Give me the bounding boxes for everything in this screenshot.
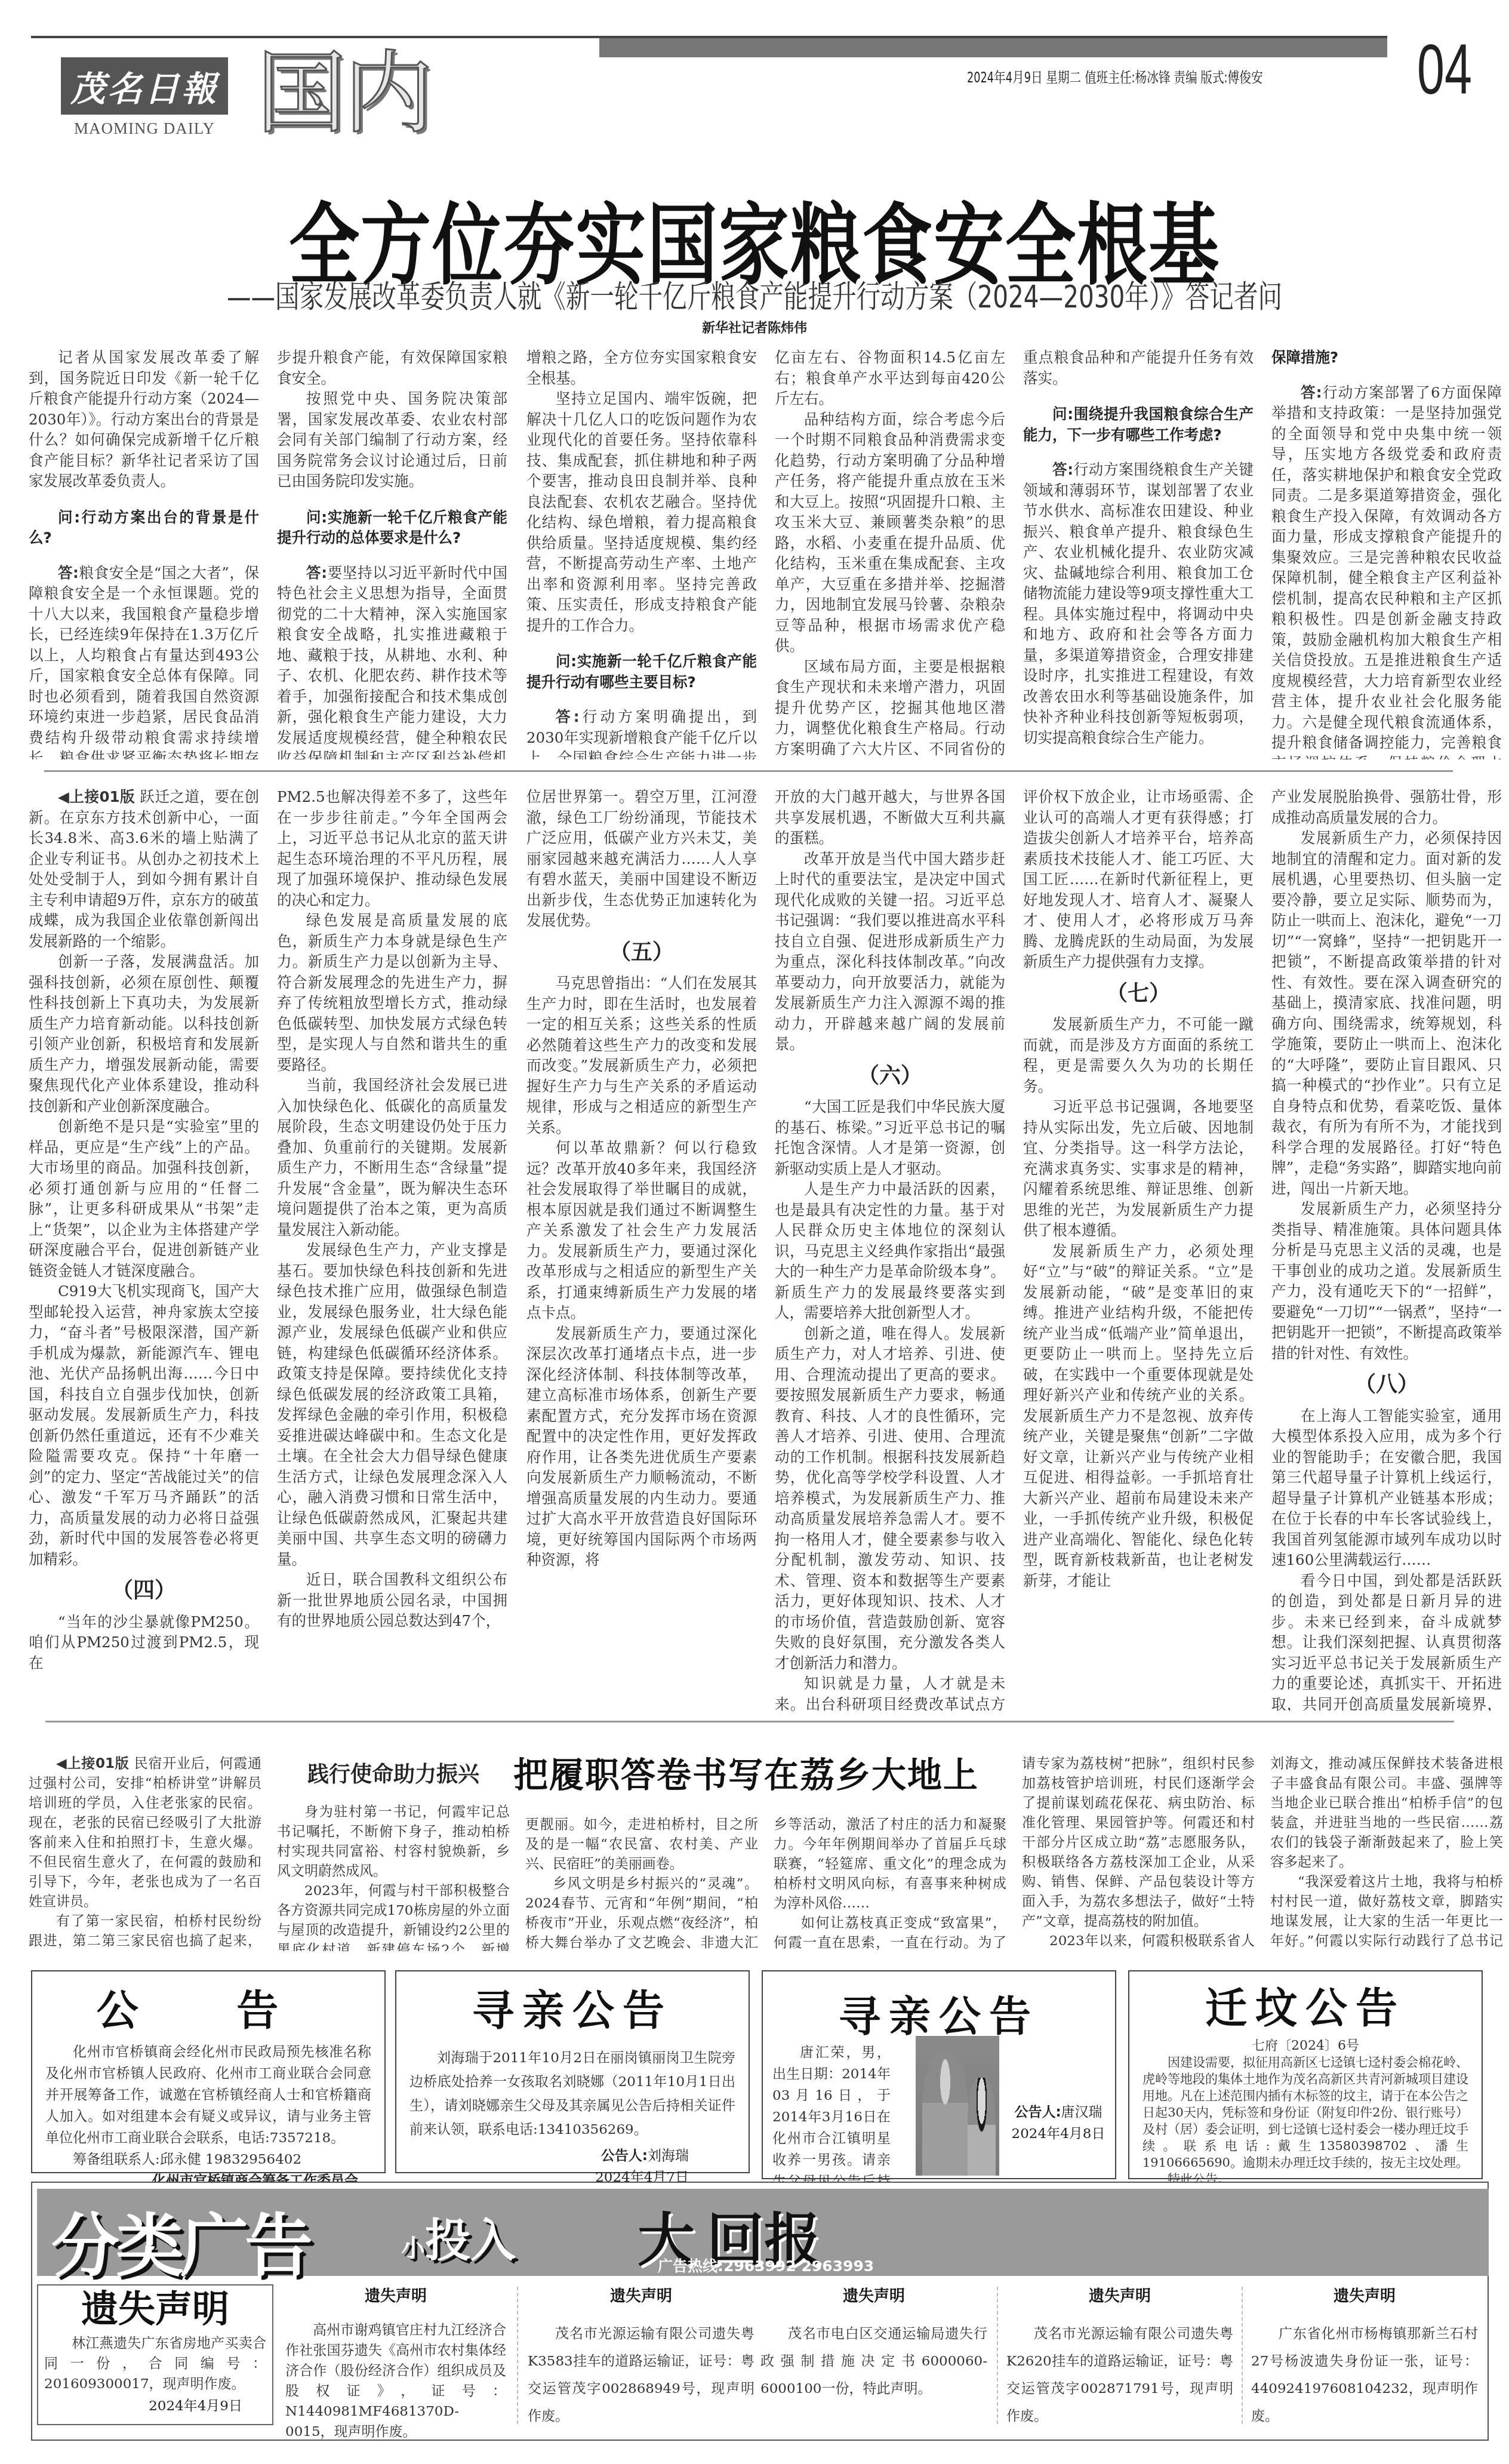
paragraph: 马克思曾指出：“人们在发展其生产力时，即在生活时，也发展着一定的相互关系；这些关… bbox=[526, 973, 757, 1138]
portrait-photo bbox=[916, 2036, 999, 2176]
lost-notice: 遗失声明茂名市光源运输有限公司遗失粤K2620挂车的道路运输证，证号：粤交运管茂… bbox=[1000, 2284, 1239, 2428]
newspaper-logo[interactable]: 茂名日報 bbox=[61, 57, 228, 115]
section-title: 国内 bbox=[257, 49, 431, 139]
paragraph: 近日，联合国教科文组织公布新一批世界地质公园名录，中国拥有的世界地质公园总数达到… bbox=[277, 1570, 507, 1632]
answer-paragraph: 答:粮食安全是“国之大者”，保障粮食安全是一个永恒课题。党的十八大以来，我国粮食… bbox=[29, 563, 259, 760]
article-column: 增粮之路，全方位夯实国家粮食安全根基。坚持立足国内、端牢饭碗，把解决十几亿人口的… bbox=[526, 347, 757, 759]
paragraph: 乡风文明是乡村振兴的“灵魂”。2024春节、元宵和“年例”期间，“柏桥夜市”开业… bbox=[525, 1874, 758, 1951]
answer-label: 答: bbox=[58, 564, 79, 582]
paragraph: 创新绝不是只是“实验室”里的样品，更应是“生产线”上的产品。大市场里的商品。加强… bbox=[29, 1116, 259, 1281]
paragraph: 何以革故鼎新？何以行稳致远？改革开放40多年来，我国经济社会发展取得了举世瞩目的… bbox=[526, 1138, 757, 1324]
paragraph: “大国工匠是我们中华民族大厦的基石、栋梁。”习近平总书记的嘱托饱含深情。人才是第… bbox=[775, 1097, 1005, 1179]
answer-label: 答: bbox=[1052, 461, 1073, 478]
paragraph: 绿色发展是高质量发展的底色，新质生产力本身就是绿色生产力。新质生产力是以创新为主… bbox=[277, 910, 507, 1075]
notice-title: 迁坟公告 bbox=[1129, 1975, 1482, 2035]
column-divider bbox=[997, 2287, 998, 2424]
section-divider bbox=[45, 1721, 1454, 1722]
paragraph: 改革开放是当代中国大踏步赶上时代的重要法宝，是决定中国式现代化成败的关键一招。习… bbox=[775, 849, 1005, 1055]
paragraph-text: 行动方案围绕粮食生产关键领域和薄弱环节，谋划部署了农业节水供水、高标准农田建设、… bbox=[1023, 461, 1254, 746]
paragraph: 坚持立足国内、端牢饭碗，把解决十几亿人口的吃饭问题作为农业现代化的首要任务。坚持… bbox=[526, 389, 757, 636]
banner-title: 分类广告 bbox=[51, 2191, 309, 2289]
notice-body: 刘海瑞于2011年10月2日在丽岗镇丽岗卫生院旁边桥底处拾养一女孩取名刘晓娜（2… bbox=[396, 2046, 749, 2142]
notice-announcement: 公 告 化州市官桥镇商会经化州市民政局预先核准名称及化州市官桥镇人民政府、化州市… bbox=[31, 1970, 386, 2173]
notice-grave-relocation: 迁坟公告 七府〔2024〕6号 因建设需要，拟征用高新区七迳镇七迳村委会棉花岭、… bbox=[1128, 1970, 1483, 2179]
paragraph: 如何让荔枝真正变成“致富果”，何霞一直在思索，一直在行动。为了保障荔枝稳量增产，… bbox=[774, 1914, 1006, 1951]
notice-title: 公 告 bbox=[32, 1977, 384, 2038]
paragraph: 乡等活动，激活了村庄的活力和凝聚力。今年年例期间举办了首届乒乓球联赛，“轻筵席、… bbox=[774, 1815, 1006, 1914]
paragraph: 增粮之路，全方位夯实国家粮食安全根基。 bbox=[526, 347, 757, 389]
paragraph: 发展绿色生产力，产业支撑是基石。要加快绿色科技创新和先进绿色技术推广应用，做强绿… bbox=[277, 1240, 507, 1570]
banner-slogan-small: 小投入 bbox=[401, 2204, 516, 2269]
article-column: 产业发展脱胎换骨、强筋壮骨，形成推动高质量发展的合力。发展新质生产力，必须保持因… bbox=[1271, 787, 1502, 1711]
paragraph: 2023年，何霞与村干部积极整合各方资源共同完成170栋房屋的外立面与屋顶的改造… bbox=[277, 1881, 510, 1951]
lost-notice: 遗失声明茂名市电白区交通运输局遗失行政强制措施决定书6000060-600010… bbox=[754, 2284, 993, 2428]
newspaper-logo-english: MAOMING DAILY bbox=[60, 119, 229, 138]
paragraph: “我深爱着这片土地，我将与柏桥村村民一道，做好荔枝文章，脚踏实地谋发展，让大家的… bbox=[1270, 1872, 1503, 1951]
article-column: 位居世界第一。碧空万里，江河澄澈，绿色工厂纷纷涌现，节能技术广泛应用，低碳产业方… bbox=[526, 787, 757, 1711]
paragraph: PM2.5也解决得差不多了，这些年在一步步往前走。”今年全国两会上，习近平总书记… bbox=[277, 787, 507, 910]
article-column: 步提升粮食产能，有效保障国家粮食安全。按照党中央、国务院决策部署，国家发展改革委… bbox=[277, 347, 507, 759]
paragraph: 亿亩左右、谷物面积14.5亿亩左右；粮食单产水平达到每亩420公斤左右。 bbox=[775, 347, 1005, 410]
question-heading: 问:实施新一轮千亿斤粮食产能提升行动有哪些主要目标? bbox=[526, 651, 757, 693]
paragraph: 发展新质生产力，必须处理好“立”与“破”的辩证关系。“立”是发展新动能，“破”是… bbox=[1023, 1241, 1254, 1592]
article-column: 更靓丽。如今，走进柏桥村，目之所及的是一幅“农民富、农村美、产业兴、民宿旺”的美… bbox=[525, 1815, 758, 1951]
paragraph-text: 民宿开业后，何霞通过强村公司，安排“柏桥讲堂”讲解员培训班的学员，入住老张家的民… bbox=[29, 1756, 261, 1909]
article-column: 刘海文，推动减压保鲜技术装备进根子丰盛食品有限公司。丰盛、强牌等当地企业已联合推… bbox=[1270, 1754, 1503, 1951]
paragraph: 品种结构方面，综合考虑今后一个时期不同粮食品种消费需求变化趋势，行动方案明确了分… bbox=[775, 410, 1005, 657]
notice-find-family-1: 寻亲公告 刘海瑞于2011年10月2日在丽岗镇丽岗卫生院旁边桥底处拾养一女孩取名… bbox=[395, 1970, 750, 2173]
lost-notice: 遗失声明高州市谢鸡镇官庄村九江经济合作社张国芬遗失《高州市农村集体经济合作（股份… bbox=[279, 2284, 512, 2428]
masthead-bar bbox=[599, 38, 1387, 57]
continued-from-label[interactable]: ◀上接01版 bbox=[56, 1756, 130, 1771]
page-number: 04 bbox=[1417, 35, 1472, 105]
paragraph: 2023年以来，何霞积极联系省人民法院驻新垌镇长流村第一书记 bbox=[1022, 1931, 1255, 1951]
paragraph: 开放的大门越开越大，与世界各国共享发展机遇，不断做大互利共赢的蛋糕。 bbox=[775, 787, 1005, 849]
continued-from-label[interactable]: ◀上接01版 bbox=[58, 788, 135, 805]
paragraph: 重点粮食品种和产能提升任务有效落实。 bbox=[1023, 347, 1254, 389]
subheading: 践行使命助力振兴 bbox=[277, 1765, 510, 1785]
section-marker: （七） bbox=[1023, 983, 1254, 1004]
notice-doc-number: 七府〔2024〕6号 bbox=[1129, 2035, 1482, 2054]
paragraph: 产业发展脱胎换骨、强筋壮骨，形成推动高质量发展的合力。 bbox=[1271, 787, 1502, 828]
column-divider bbox=[517, 2287, 518, 2424]
paragraph: 发展新质生产力，必须坚持分类指导、精准施策。具体问题具体分析是马克思主义活的灵魂… bbox=[1271, 1199, 1502, 1364]
question-heading: 问:行动方案出台的背景是什么? bbox=[29, 507, 259, 549]
paragraph: 创新之道，唯在得人。发展新质生产力，对人才培养、引进、使用、合理流动提出了更高的… bbox=[775, 1324, 1005, 1674]
article-column: 请专家为荔枝树“把脉”，组织村民参加荔枝管护培训班，村民们逐渐学会了提前谋划疏花… bbox=[1022, 1754, 1255, 1951]
question-heading: 保障措施? bbox=[1271, 347, 1502, 368]
paragraph: 刘海文，推动减压保鲜技术装备进根子丰盛食品有限公司。丰盛、强牌等当地企业已联合推… bbox=[1270, 1754, 1503, 1872]
lost-notice: 遗失声明茂名市光源运输有限公司遗失粤K3583挂车的道路运输证，证号：粤交运管茂… bbox=[522, 2284, 760, 2428]
paragraph: C919大飞机实现商飞，国产大型邮轮投入运营，神舟家族太空接力，“奋斗者”号极限… bbox=[29, 1281, 259, 1570]
article-column: 评价权下放企业，让市场亟需、企业认可的高端人才更有获得感；打造拔尖创新人才培养平… bbox=[1023, 787, 1254, 1711]
section-marker: （六） bbox=[775, 1066, 1005, 1087]
paragraph: 发展新质生产力，不可能一蹴而就，而是涉及方方面面的系统工程，更是需要久久为功的长… bbox=[1023, 1014, 1254, 1097]
article-column: 践行使命助力振兴身为驻村第一书记，何霞牢记总书记嘱托，不断俯下身子，推动柏桥村实… bbox=[277, 1754, 510, 1951]
article-column: 记者从国家发展改革委了解到，国务院近日印发《新一轮千亿斤粮食产能提升行动方案（2… bbox=[29, 347, 259, 759]
paragraph-text: 行动方案部署了6方面保障举措和支持政策：一是坚持加强党的全面领导和党中央集中统一… bbox=[1271, 384, 1502, 760]
paragraph: 身为驻村第一书记，何霞牢记总书记嘱托，不断俯下身子，推动柏桥村实现共同富裕、村容… bbox=[277, 1802, 510, 1881]
classified-banner: 分类广告 小投入 大回报 广告热线:2963992 2963993 bbox=[37, 2189, 1489, 2276]
lost-notice-featured: 遗失声明 林江燕遗失广东省房地产买卖合同一份，合同编号：201609300017… bbox=[37, 2284, 273, 2425]
notice-title: 寻亲公告 bbox=[763, 1983, 1115, 2044]
article-column: ◀上接01版 跃迁之道，要在创新。在京东方技术创新中心，一面长34.8米、高3.… bbox=[29, 787, 259, 1711]
section-marker: （八） bbox=[1271, 1374, 1502, 1395]
section-marker: （五） bbox=[526, 942, 757, 963]
paragraph: 知识就是力量，人才就是未来。出台科研项目经费改革试点方案，为科研人员“减负松绑”… bbox=[775, 1674, 1005, 1711]
paragraph: 发展新质生产力，必须保持因地制宜的清醒和定力。面对新的发展机遇，心里要热切、但头… bbox=[1271, 828, 1502, 1199]
answer-label: 答: bbox=[306, 564, 327, 582]
paragraph: 创新一子落，发展满盘活。加强科技创新，必须在原创性、颠覆性科技创新上下真功夫，为… bbox=[29, 952, 259, 1116]
answer-paragraph: 答:要坚持以习近平新时代中国特色社会主义思想为指导，全面贯彻党的二十大精神，深入… bbox=[277, 563, 507, 760]
article-column: PM2.5也解决得差不多了，这些年在一步步往前走。”今年全国两会上，习近平总书记… bbox=[277, 787, 507, 1711]
lost-notice-title: 遗失声明 bbox=[38, 2285, 272, 2333]
paragraph: 有了第一家民宿，柏桥村民纷纷跟进，第二第三家民宿也搞了起来，柏桥村正逐步变成一个… bbox=[29, 1912, 261, 1951]
edition-meta: 2024年4月9日 星期二 值班主任:杨冰锋 责编 版式:傅俊安 bbox=[967, 66, 1263, 87]
column-divider bbox=[1242, 2287, 1243, 2424]
answer-paragraph: 答:行动方案围绕粮食生产关键领域和薄弱环节，谋划部署了农业节水供水、高标准农田建… bbox=[1023, 460, 1254, 748]
notice-find-family-2: 寻亲公告 唐汇荣，男，出生日期：2014年03月16日，于2014年3月16日在… bbox=[762, 1970, 1116, 2179]
paragraph: 位居世界第一。碧空万里，江河澄澈，绿色工厂纷纷涌现，节能技术广泛应用，低碳产业方… bbox=[526, 787, 757, 931]
section-divider bbox=[44, 770, 1453, 772]
paragraph: 请专家为荔枝树“把脉”，组织村民参加荔枝管护培训班，村民们逐渐学会了提前谋划疏花… bbox=[1022, 1754, 1255, 1931]
continued-paragraph: ◀上接01版 跃迁之道，要在创新。在京东方技术创新中心，一面长34.8米、高3.… bbox=[29, 787, 259, 952]
paragraph: 步提升粮食产能，有效保障国家粮食安全。 bbox=[277, 347, 507, 389]
paragraph: 在上海人工智能实验室，通用大模型体系投入应用，成为多个行业的智能助手；在安徽合肥… bbox=[1271, 1406, 1502, 1571]
answer-label: 答: bbox=[1301, 384, 1322, 401]
lost-notice-date: 2024年4月9日 bbox=[38, 2394, 272, 2418]
paragraph: 记者从国家发展改革委了解到，国务院近日印发《新一轮千亿斤粮食产能提升行动方案（2… bbox=[29, 347, 259, 492]
paragraph: 更靓丽。如今，走进柏桥村，目之所及的是一幅“农民富、农村美、产业兴、民宿旺”的美… bbox=[525, 1815, 758, 1874]
notice-body: 因建设需要，拟征用高新区七迳镇七迳村委会棉花岭、虎岭等地段的集体土地作为茂名高新… bbox=[1129, 2054, 1482, 2188]
lead-subhead: ——国家发展改革委负责人就《新一轮千亿斤粮食产能提升行动方案（2024—2030… bbox=[166, 272, 1343, 316]
paragraph-text: 跃迁之道，要在创新。在京东方技术创新中心，一面长34.8米、高3.6米的墙上贴满… bbox=[29, 788, 259, 950]
section-marker: （四） bbox=[29, 1580, 259, 1601]
article-column: 亿亩左右、谷物面积14.5亿亩左右；粮食单产水平达到每亩420公斤左右。品种结构… bbox=[775, 347, 1005, 759]
paragraph: 区域布局方面，主要是根据粮食生产现状和未来增产潜力，巩固提升优势产区，挖掘其他地… bbox=[775, 657, 1005, 760]
article-column: ◀上接01版 民宿开业后，何霞通过强村公司，安排“柏桥讲堂”讲解员培训班的学员，… bbox=[29, 1754, 261, 1951]
notice-signer: 公告人:唐汉瑞2024年4月8日 bbox=[1002, 2102, 1115, 2145]
article-column: 重点粮食品种和产能提升任务有效落实。问:围绕提升我国粮食综合生产能力，下一步有哪… bbox=[1023, 347, 1254, 759]
lost-notice-body: 林江燕遗失广东省房地产买卖合同一份，合同编号：201609300017，现声明作… bbox=[38, 2333, 272, 2394]
question-heading: 问:实施新一轮千亿斤粮食产能提升行动的总体要求是什么? bbox=[277, 507, 507, 549]
paragraph: 习近平总书记强调，各地要坚持从实际出发，先立后破、因地制宜、分类指导。这一科学方… bbox=[1023, 1097, 1254, 1241]
paragraph: “当年的沙尘暴就像PM250。咱们从PM250过渡到PM2.5，现在 bbox=[29, 1612, 259, 1674]
paragraph: 当前，我国经济社会发展已进入加快绿色化、低碳化的高质量发展阶段，生态文明建设仍处… bbox=[277, 1075, 507, 1240]
notice-title: 寻亲公告 bbox=[396, 1977, 749, 2038]
paragraph: 按照党中央、国务院决策部署，国家发展改革委、农业农村部会同有关部门编制了行动方案… bbox=[277, 389, 507, 492]
paragraph-text: 要坚持以习近平新时代中国特色社会主义思想为指导，全面贯彻党的二十大精神，深入实施… bbox=[277, 564, 507, 760]
answer-paragraph: 答:行动方案部署了6方面保障举措和支持政策：一是坚持加强党的全面领导和党中央集中… bbox=[1271, 383, 1502, 760]
notice-body: 化州市官桥镇商会经化州市民政局预先核准名称及化州市官桥镇人民政府、化州市工商业联… bbox=[32, 2041, 384, 2170]
answer-paragraph: 答:行动方案明确提出，到2030年实现新增粮食产能千亿斤以上，全国粮食综合生产能… bbox=[526, 707, 757, 759]
continued-paragraph: ◀上接01版 民宿开业后，何霞通过强村公司，安排“柏桥讲堂”讲解员培训班的学员，… bbox=[29, 1754, 261, 1912]
lost-notice: 遗失声明广东省化州市杨梅镇那新兰石村27号杨波遗失身份证一张，证号：440924… bbox=[1245, 2284, 1484, 2428]
article-column: 保障措施?答:行动方案部署了6方面保障举措和支持政策：一是坚持加强党的全面领导和… bbox=[1271, 347, 1502, 759]
answer-label: 答: bbox=[556, 708, 580, 725]
paragraph-text: 粮食安全是“国之大者”，保障粮食安全是一个永恒课题。党的十八大以来，我国粮食产量… bbox=[29, 564, 259, 760]
paragraph: 看今日中国，到处都是活跃跃的创造，到处都是日新月异的进步。未来已经到来，奋斗成就… bbox=[1271, 1571, 1502, 1712]
paragraph: 发展新质生产力，要通过深化深层次改革打通堵点卡点，进一步深化经济体制、科技体制等… bbox=[526, 1324, 757, 1571]
question-heading: 问:围绕提升我国粮食综合生产能力，下一步有哪些工作考虑? bbox=[1023, 404, 1254, 445]
ad-hotline[interactable]: 广告热线:2963992 2963993 bbox=[658, 2254, 874, 2276]
article-column: 开放的大门越开越大，与世界各国共享发展机遇，不断做大互利共赢的蛋糕。改革开放是当… bbox=[775, 787, 1005, 1711]
notice-signer: 公告人:刘海瑞 bbox=[396, 2145, 749, 2167]
article-column: 乡等活动，激活了村庄的活力和凝聚力。今年年例期间举办了首届乒乓球联赛，“轻筵席、… bbox=[774, 1815, 1006, 1951]
paragraph: 人是生产力中最活跃的因素，也是最具有决定性的力量。基于对人民群众历史主体地位的深… bbox=[775, 1179, 1005, 1324]
paragraph: 评价权下放企业，让市场亟需、企业认可的高端人才更有获得感；打造拔尖创新人才培养平… bbox=[1023, 787, 1254, 973]
lead-byline: 新华社记者陈炜伟 bbox=[0, 318, 1509, 336]
